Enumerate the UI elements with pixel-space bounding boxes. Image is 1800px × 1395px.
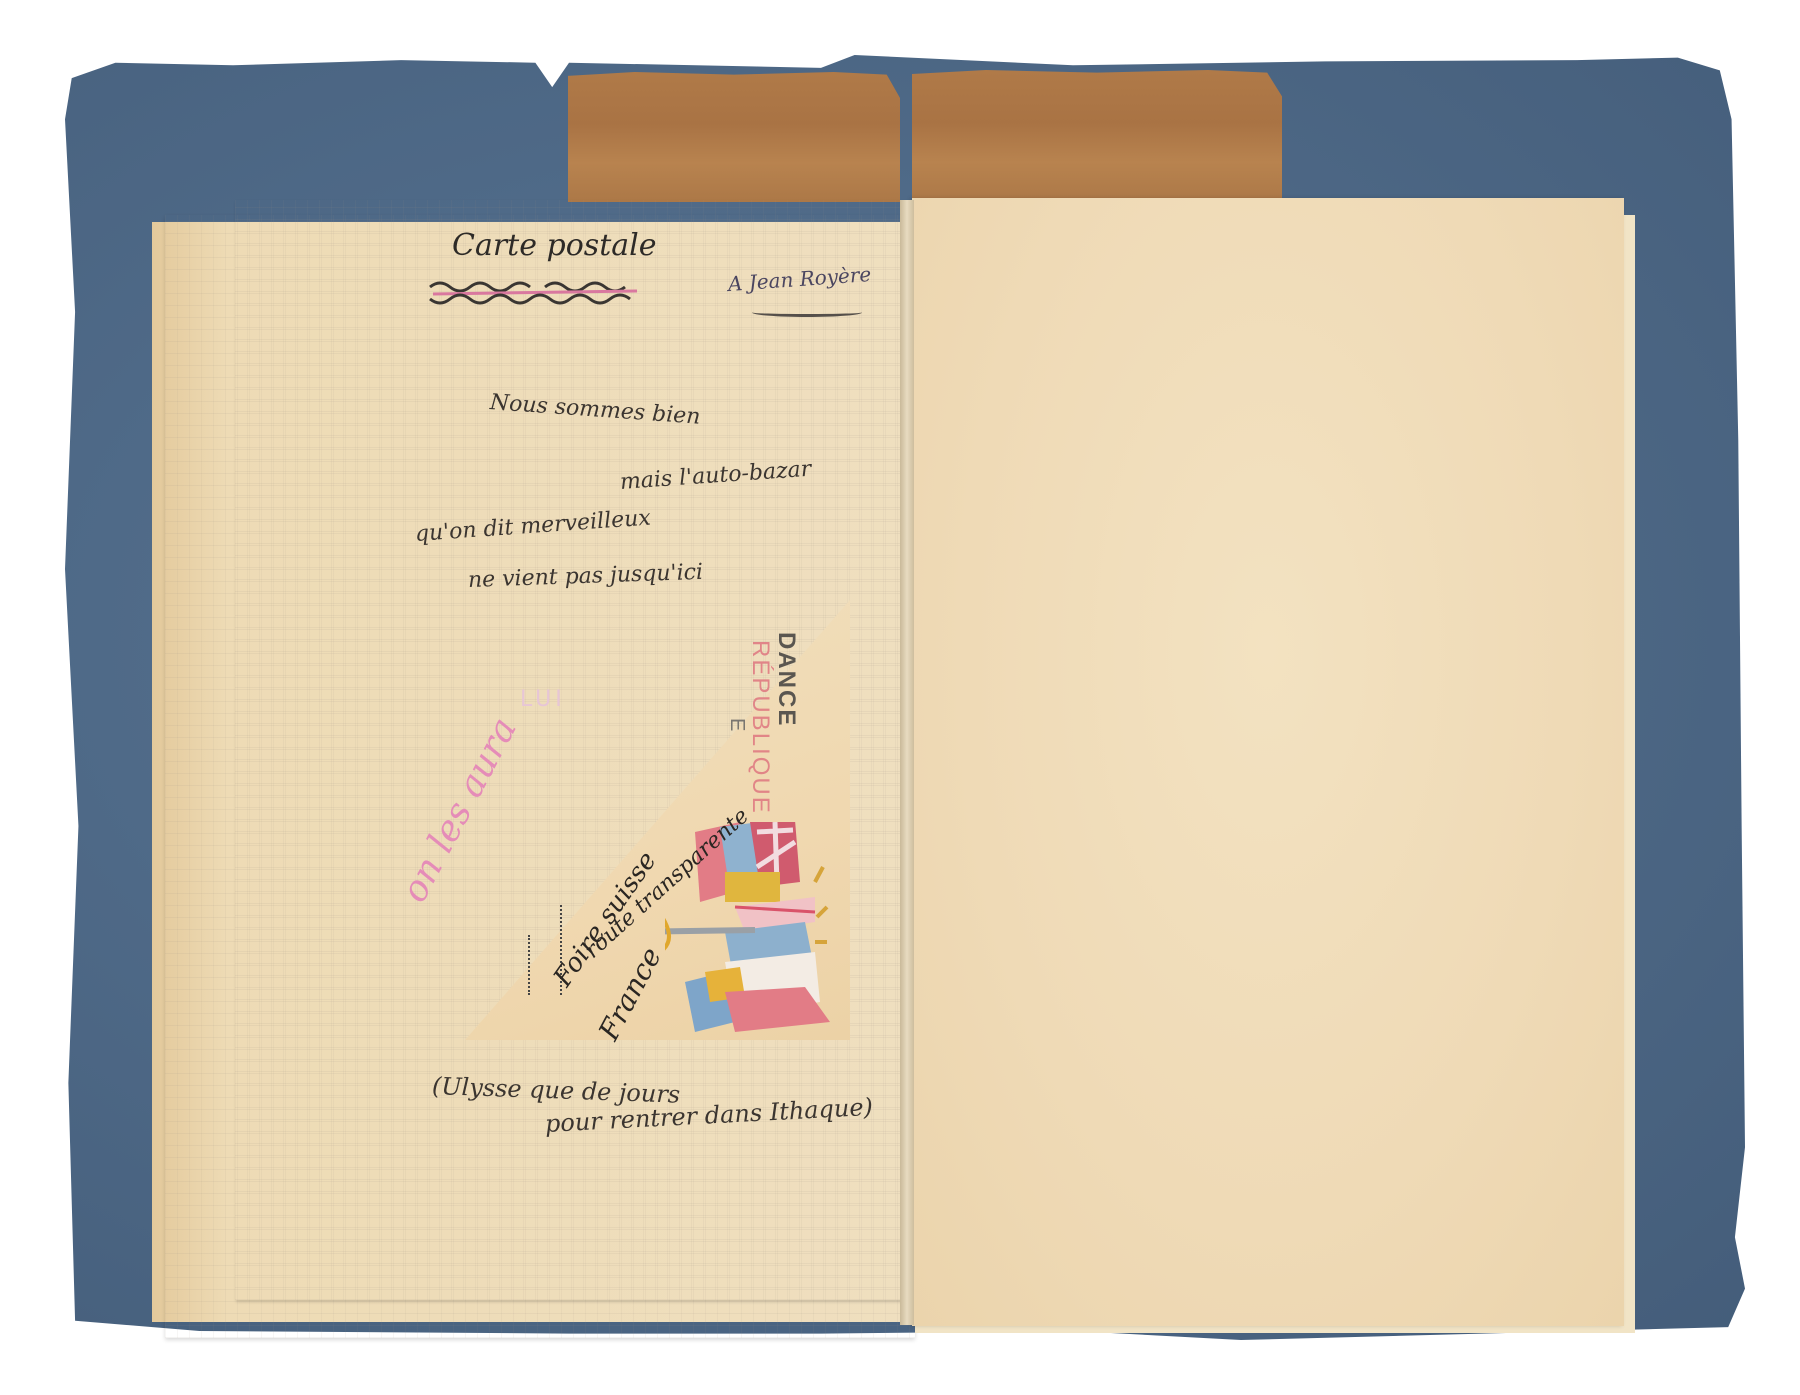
page-title: Carte postale (452, 228, 656, 263)
postcard-address-line (528, 935, 532, 995)
faint-stamp: LUI (520, 687, 566, 712)
postcard-printed-text: E (725, 718, 748, 731)
postcard-printed-text: RÉPUBLIQUE (746, 640, 774, 815)
decorative-underline (425, 277, 650, 307)
right-page (912, 198, 1624, 1326)
brown-flap-right (912, 70, 1282, 202)
postcard-printed-text: DANCE (772, 632, 800, 727)
brown-flap-left (568, 72, 900, 202)
notebook-spine (900, 200, 914, 1325)
dedication-underline (752, 308, 862, 317)
